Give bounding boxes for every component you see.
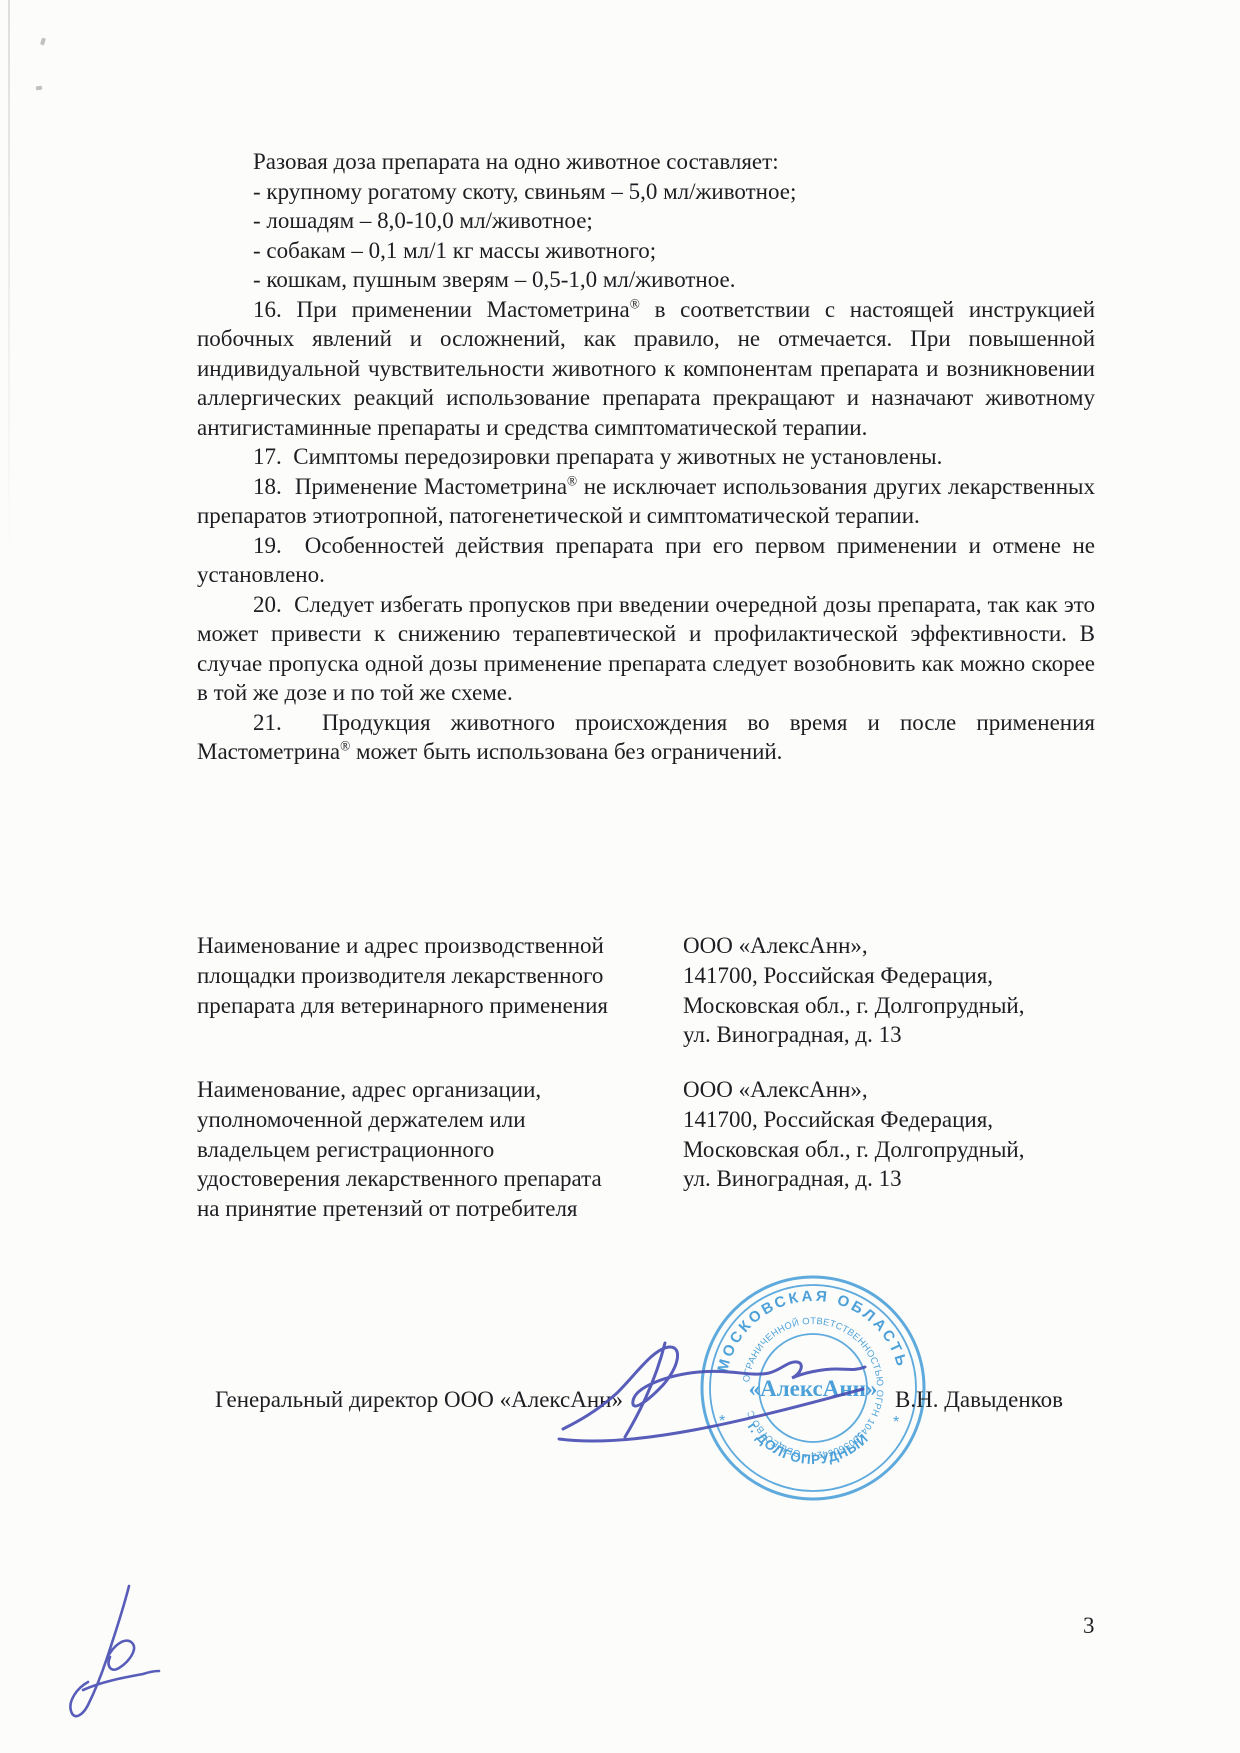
handwritten-initials-ink: [55, 1572, 185, 1732]
director-signature-ink: [545, 1333, 885, 1453]
registered-trademark-mark: ®: [340, 738, 350, 753]
dose-line-horses: - лошадям – 8,0-10,0 мл/животное;: [197, 206, 1095, 236]
signature-stroke: [559, 1389, 863, 1441]
dose-line-cattle: - крупному рогатому скоту, свиньям – 5,0…: [197, 177, 1095, 207]
paragraph-18-pre: 18. Применение Мастометрина: [253, 474, 567, 499]
instruction-text: Разовая доза препарата на одно животное …: [197, 147, 1095, 767]
registration-holder-address: ООО «АлексАнн», 141700, Российская Федер…: [683, 1075, 1103, 1194]
paragraph-21: 21. Продукция животного происхождения во…: [197, 708, 1095, 767]
page-number: 3: [1083, 1613, 1095, 1639]
paragraph-16-pre: 16. При применении Мастометрина: [253, 297, 630, 322]
address-line: ул. Виноградная, д. 13: [683, 1164, 1103, 1194]
address-line: Московская обл., г. Долгопрудный,: [683, 1135, 1103, 1165]
paragraph-17: 17. Симптомы передозировки препарата у ж…: [197, 442, 1095, 472]
registered-trademark-mark: ®: [630, 296, 640, 311]
dose-line-cats: - кошкам, пушным зверям – 0,5-1,0 мл/жив…: [197, 265, 1095, 295]
address-line: Московская обл., г. Долгопрудный,: [683, 991, 1103, 1021]
registration-holder-label: Наименование, адрес организации, уполном…: [197, 1075, 627, 1224]
initials-stroke: [70, 1586, 129, 1716]
director-name: В.Н. Давыденков: [895, 1385, 1063, 1415]
scan-edge-artifact: [8, 0, 10, 560]
signature-stroke: [563, 1347, 865, 1429]
stamp-separator-right: *: [893, 1414, 899, 1431]
address-line: 141700, Российская Федерация,: [683, 1105, 1103, 1135]
paragraph-18: 18. Применение Мастометрина® не исключае…: [197, 472, 1095, 531]
scan-speck: [40, 38, 46, 46]
manufacturer-site-address: ООО «АлексАнн», 141700, Российская Федер…: [683, 931, 1103, 1050]
dose-intro-line: Разовая доза препарата на одно животное …: [197, 147, 1095, 177]
address-line: ул. Виноградная, д. 13: [683, 1020, 1103, 1050]
scan-speck: [36, 86, 42, 91]
dose-line-dogs: - собакам – 0,1 мл/1 кг массы животного;: [197, 236, 1095, 266]
paragraph-19: 19. Особенностей действия препарата при …: [197, 531, 1095, 590]
paragraph-21-post: может быть использована без ограничений.: [350, 739, 782, 764]
initials-stroke: [83, 1671, 159, 1690]
address-line: 141700, Российская Федерация,: [683, 961, 1103, 991]
address-line: ООО «АлексАнн»,: [683, 931, 1103, 961]
paragraph-16: 16. При применении Мастометрина® в соотв…: [197, 295, 1095, 443]
paragraph-20: 20. Следует избегать пропусков при введе…: [197, 590, 1095, 708]
address-line: ООО «АлексАнн»,: [683, 1075, 1103, 1105]
registered-trademark-mark: ®: [567, 473, 577, 488]
manufacturer-site-label: Наименование и адрес производственной пл…: [197, 931, 627, 1020]
document-page: Разовая доза препарата на одно животное …: [0, 0, 1240, 1753]
